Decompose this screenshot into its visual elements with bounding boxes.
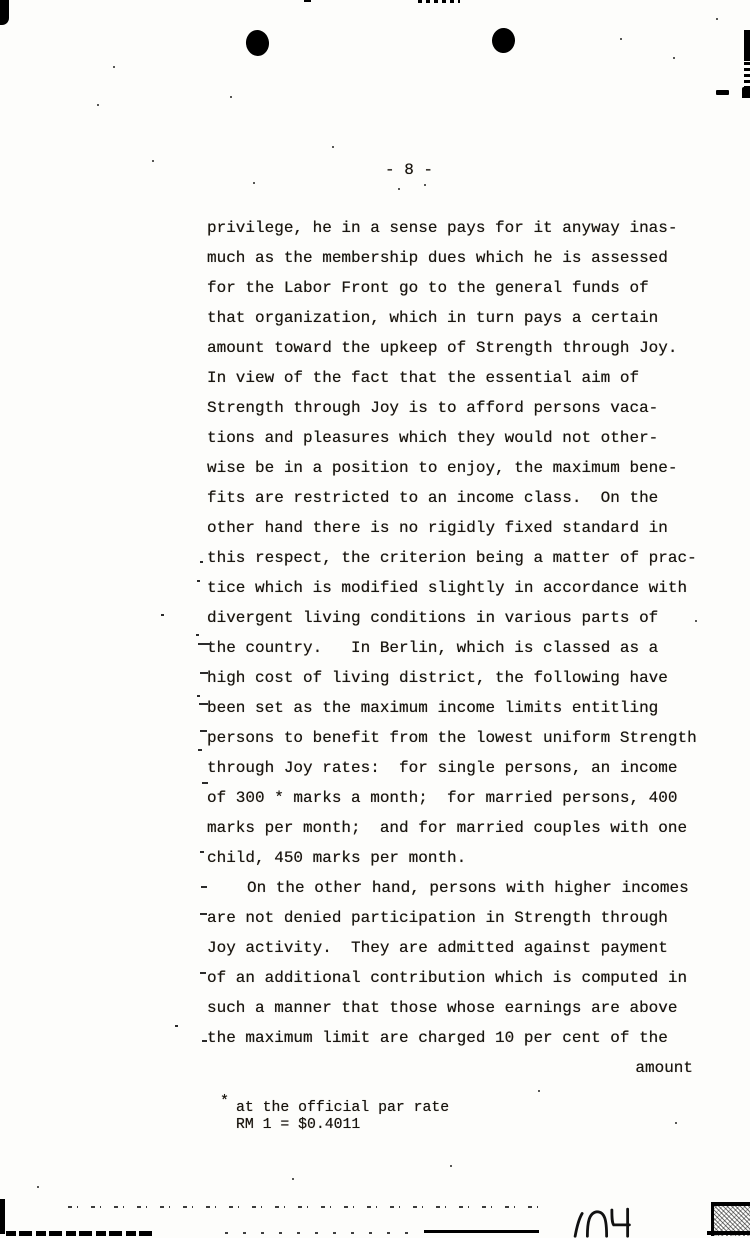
scan-dotted-rule	[68, 1206, 545, 1208]
scanned-document-page: - 8 - privilege, he in a sense pays for …	[0, 0, 750, 1238]
scan-speck	[673, 57, 675, 59]
text-line: tice which is modified slightly in accor…	[207, 573, 707, 603]
text-line: this respect, the criterion being a matt…	[207, 543, 707, 573]
hole-punch-right	[491, 27, 516, 54]
text-line: child, 450 marks per month.	[207, 843, 707, 873]
scan-top-dash	[418, 0, 460, 3]
scan-margin-mark	[161, 614, 164, 616]
text-line: the maximum limit are charged 10 per cen…	[207, 1023, 707, 1053]
scan-margin-mark	[175, 1025, 178, 1027]
scan-margin-mark	[200, 913, 207, 915]
text-line: On the other hand, persons with higher i…	[207, 873, 707, 903]
footnote-line: at the official par rate	[236, 1100, 449, 1117]
scan-speck	[332, 146, 334, 148]
scan-speck	[675, 1122, 677, 1124]
handwritten-page-number	[552, 1203, 642, 1238]
text-line: high cost of living district, the follow…	[207, 663, 707, 693]
page-number: - 8 -	[385, 161, 433, 179]
text-line: such a manner that those whose earnings …	[207, 993, 707, 1023]
text-line: Joy activity. They are admitted against …	[207, 933, 707, 963]
scan-speck	[398, 188, 400, 190]
scan-margin-mark	[200, 972, 206, 974]
scan-edge-scratch	[744, 62, 750, 89]
scan-bottom-line	[424, 1230, 539, 1233]
scan-speck	[230, 96, 232, 98]
text-line: of an additional contribution which is c…	[207, 963, 707, 993]
footnote-marker: *	[220, 1093, 229, 1110]
scan-margin-mark	[199, 703, 208, 705]
scan-margin-mark	[201, 886, 207, 888]
scan-bottom-dashes	[6, 1231, 152, 1236]
scan-margin-mark	[200, 730, 207, 732]
text-line: for the Labor Front go to the general fu…	[207, 273, 707, 303]
text-line: wise be in a position to enjoy, the maxi…	[207, 453, 707, 483]
text-line: Strength through Joy is to afford person…	[207, 393, 707, 423]
text-line: been set as the maximum income limits en…	[207, 693, 707, 723]
text-line: much as the membership dues which he is …	[207, 243, 707, 273]
scan-margin-mark	[196, 634, 199, 636]
scan-margin-mark	[202, 782, 208, 784]
text-line: that organization, which in turn pays a …	[207, 303, 707, 333]
footnote: at the official par rate RM 1 = $0.4011	[236, 1100, 449, 1134]
text-line: marks per month; and for married couples…	[207, 813, 707, 843]
scan-margin-mark	[200, 672, 208, 674]
text-line: are not denied participation in Strength…	[207, 903, 707, 933]
scan-margin-mark	[202, 1040, 207, 1042]
scan-speck	[292, 1178, 294, 1180]
text-line: the country. In Berlin, which is classed…	[207, 633, 707, 663]
text-line: through Joy rates: for single persons, a…	[207, 753, 707, 783]
scan-speck	[450, 1165, 452, 1167]
catchword: amount	[207, 1053, 707, 1083]
scan-bottom-dots	[225, 1232, 421, 1234]
scan-top-dash	[304, 0, 311, 2]
text-line: amount toward the upkeep of Strength thr…	[207, 333, 707, 363]
text-line: privilege, he in a sense pays for it any…	[207, 213, 707, 243]
text-line: In view of the fact that the essential a…	[207, 363, 707, 393]
scan-speck	[538, 1090, 540, 1092]
scan-speck	[152, 160, 154, 162]
footnote-line: RM 1 = $0.4011	[236, 1117, 449, 1134]
scan-speck	[716, 18, 718, 20]
scan-margin-mark	[200, 561, 203, 563]
scan-margin-mark	[197, 580, 200, 582]
text-line: other hand there is no rigidly fixed sta…	[207, 513, 707, 543]
text-line: tions and pleasures which they would not…	[207, 423, 707, 453]
text-line: divergent living conditions in various p…	[207, 603, 707, 633]
scan-margin-mark	[198, 643, 212, 645]
scan-corner-patch	[711, 1202, 750, 1236]
text-line: of 300 * marks a month; for married pers…	[207, 783, 707, 813]
scan-edge-mark	[716, 90, 729, 95]
scan-speck	[113, 66, 115, 68]
scan-speck	[695, 620, 697, 622]
scan-edge-scratch	[744, 30, 750, 61]
scan-speck	[620, 38, 622, 40]
document-body: privilege, he in a sense pays for it any…	[207, 213, 707, 1083]
scan-speck	[37, 1186, 39, 1188]
text-line: fits are restricted to an income class. …	[207, 483, 707, 513]
scan-margin-mark	[200, 851, 204, 853]
scan-speck	[97, 104, 99, 106]
scan-margin-mark	[197, 695, 200, 697]
scan-bottom-left-bar	[0, 1199, 5, 1234]
scan-corner-blob	[0, 0, 9, 25]
hole-punch-left	[245, 29, 271, 57]
scan-margin-mark	[198, 749, 202, 751]
scan-speck	[424, 184, 426, 186]
scan-edge-scratch	[742, 87, 750, 98]
text-line: persons to benefit from the lowest unifo…	[207, 723, 707, 753]
scan-speck	[253, 182, 255, 184]
